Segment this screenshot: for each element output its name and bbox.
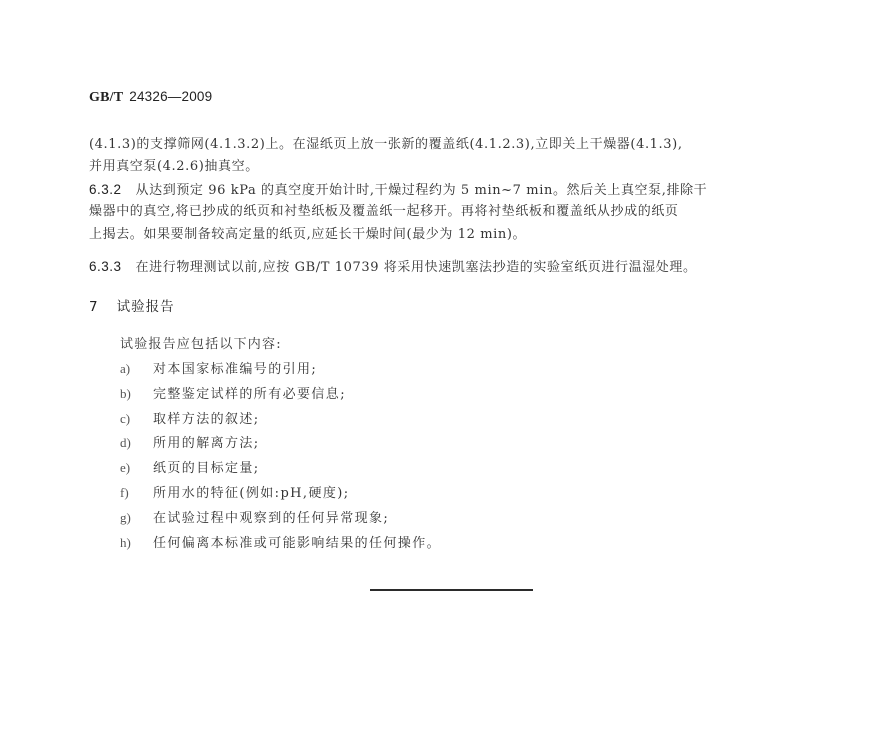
clause-6-3-2-line-2: 燥器中的真空,将已抄成的纸页和衬垫纸板及覆盖纸一起移开。再将衬垫纸板和覆盖纸从抄…	[89, 202, 679, 222]
standard-code-number: 24326—2009	[129, 89, 212, 104]
standard-code-header: GB/T24326—2009	[89, 89, 212, 106]
section-intro: 试验报告应包括以下内容:	[120, 335, 282, 355]
list-marker: h)	[120, 533, 153, 553]
report-contents-list: a)对本国家标准编号的引用; b)完整鉴定试样的所有必要信息; c)取样方法的叙…	[120, 359, 441, 557]
list-item: a)对本国家标准编号的引用;	[120, 359, 441, 384]
section-title: 试验报告	[117, 299, 175, 315]
continuation-line-1: (4.1.3)的支撑筛网(4.1.3.2)上。在湿纸页上放一张新的覆盖纸(4.1…	[89, 135, 683, 155]
section-number: 7	[89, 299, 99, 315]
list-item-text: 取样方法的叙述;	[153, 412, 260, 427]
clause-text: 从达到预定 96 kPa 的真空度开始计时,干燥过程约为 5 min~7 min…	[136, 183, 708, 198]
clause-6-3-2-line-3: 上揭去。如果要制备较高定量的纸页,应延长干燥时间(最少为 12 min)。	[89, 225, 526, 245]
list-item-text: 完整鉴定试样的所有必要信息;	[153, 387, 346, 402]
continuation-line-2: 并用真空泵(4.2.6)抽真空。	[89, 157, 259, 177]
standard-code-prefix: GB/T	[89, 90, 123, 105]
clause-number: 6.3.2	[89, 182, 122, 197]
document-page: GB/T24326—2009 (4.1.3)的支撑筛网(4.1.3.2)上。在湿…	[0, 0, 870, 756]
list-item: g)在试验过程中观察到的任何异常现象;	[120, 508, 441, 533]
list-item: c)取样方法的叙述;	[120, 409, 441, 434]
list-item: f)所用水的特征(例如:pH,硬度);	[120, 483, 441, 508]
list-item: e)纸页的目标定量;	[120, 458, 441, 483]
section-heading: 7试验报告	[89, 295, 175, 315]
end-of-document-rule	[370, 589, 533, 591]
list-marker: d)	[120, 433, 153, 453]
list-item-text: 任何偏离本标准或可能影响结果的任何操作。	[153, 536, 441, 551]
clause-number: 6.3.3	[89, 259, 122, 274]
list-marker: g)	[120, 508, 153, 528]
list-item-text: 纸页的目标定量;	[153, 461, 260, 476]
list-marker: a)	[120, 359, 153, 379]
list-item: d)所用的解离方法;	[120, 433, 441, 458]
list-item-text: 所用水的特征(例如:pH,硬度);	[153, 486, 350, 501]
list-marker: f)	[120, 483, 153, 503]
list-marker: e)	[120, 458, 153, 478]
clause-text: 在进行物理测试以前,应按 GB/T 10739 将采用快速凯塞法抄造的实验室纸页…	[136, 260, 697, 275]
list-marker: b)	[120, 384, 153, 404]
clause-6-3-3: 6.3.3在进行物理测试以前,应按 GB/T 10739 将采用快速凯塞法抄造的…	[89, 257, 697, 278]
list-item: h)任何偏离本标准或可能影响结果的任何操作。	[120, 533, 441, 558]
clause-6-3-2-line-1: 6.3.2从达到预定 96 kPa 的真空度开始计时,干燥过程约为 5 min~…	[89, 180, 707, 201]
list-item: b)完整鉴定试样的所有必要信息;	[120, 384, 441, 409]
list-marker: c)	[120, 409, 153, 429]
list-item-text: 所用的解离方法;	[153, 436, 260, 451]
list-item-text: 对本国家标准编号的引用;	[153, 362, 317, 377]
list-item-text: 在试验过程中观察到的任何异常现象;	[153, 511, 389, 526]
